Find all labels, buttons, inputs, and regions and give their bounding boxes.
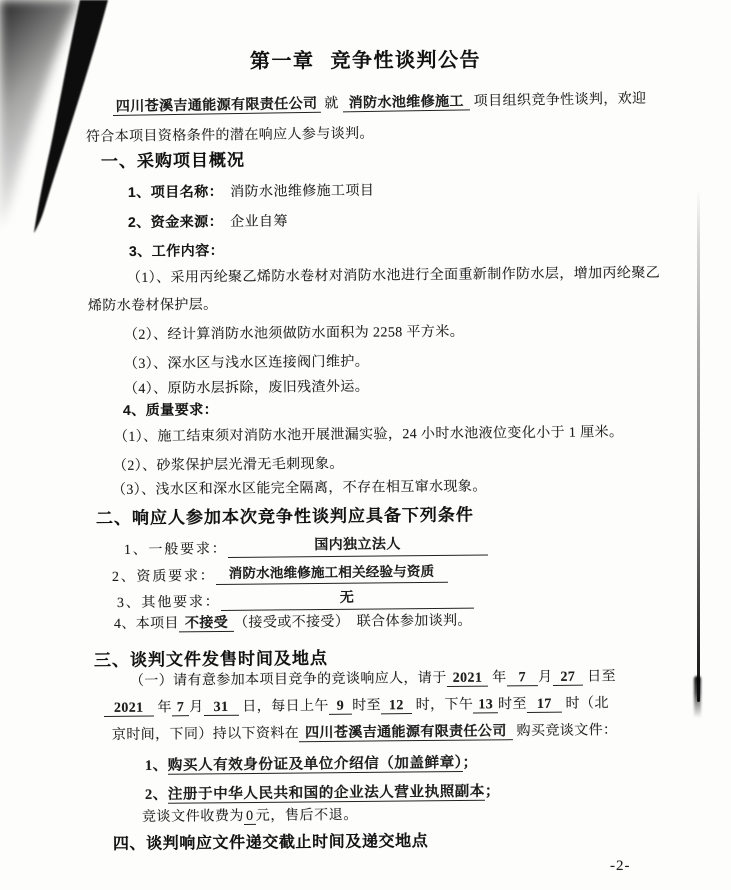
requirement-1-label: 1、一般要求： <box>124 542 228 558</box>
quality-label: 4、质量要求： <box>123 401 218 418</box>
text-segment: 时至 <box>352 698 381 713</box>
section-4-heading: 四、谈判响应文件递交截止时间及递交地点 <box>113 828 429 854</box>
project-name-value: 消防水池维修施工项目 <box>230 184 374 200</box>
text-segment: 7 <box>172 700 190 716</box>
text-segment: 7 <box>507 670 539 686</box>
text-segment: 9 <box>329 699 353 715</box>
text-segment: 17 <box>527 697 562 713</box>
text-segment: 元，售后不退。 <box>256 808 358 824</box>
fund-source-item: 2、资金来源：企业自筹 <box>128 210 288 232</box>
requirement-1-value: 国内独立法人 <box>314 537 401 553</box>
text-segment: 月 <box>189 700 204 715</box>
text-segment: 购买竞谈文件： <box>513 723 618 739</box>
work-item-2: （2）、经计算消防水池须做防水面积为 2258 平方米。 <box>124 321 464 344</box>
section-2-heading: 二、响应人参加本次竞争性谈判应具备下列条件 <box>96 500 474 529</box>
requirement-3-label: 3、其他要求： <box>117 595 221 611</box>
text-segment: 2021 <box>104 701 154 717</box>
text-segment: （接受或不接受） 联合体参加谈判。 <box>234 614 472 631</box>
text-segment: 年 <box>153 700 171 715</box>
text-segment: 0 <box>244 809 256 825</box>
text-segment: 13 <box>473 697 498 713</box>
quality-item-2: （2）、砂浆保护层光滑无毛刺现象。 <box>113 453 344 475</box>
sale-time-line-3: 京时间，下同）持以下资料在四川苍溪吉通能源有限责任公司 购买竞谈文件： <box>112 719 618 744</box>
text-segment: 年 <box>488 670 506 685</box>
project-name-item: 1、项目名称：消防水池维修施工项目 <box>128 180 374 202</box>
work-item-3: （3）、深水区与浅水区连接阀门维护。 <box>124 351 369 373</box>
text-segment: 消防水池维修施工 <box>343 94 470 112</box>
requirement-4: 4、本项目不接受（接受或不接受） 联合体参加谈判。 <box>114 610 472 633</box>
text-segment: 不接受 <box>179 616 234 633</box>
requirement-3-blank: 无 <box>220 588 473 611</box>
section-1-heading: 一、采购项目概况 <box>101 146 245 172</box>
text-segment: 27 <box>552 670 583 686</box>
text-segment: 时至 <box>498 697 527 712</box>
text-segment: ； <box>485 784 500 800</box>
required-doc-2: 2、注册于中华人民共和国的企业法人营业执照副本； <box>145 780 500 804</box>
fee-line: 竞谈文件收费为0元，售后不退。 <box>142 804 358 826</box>
quality-item: 4、质量要求： <box>123 399 218 420</box>
quality-item-3: （3）、浅水区和深水区能完全隔离，不存在相互窜水现象。 <box>112 475 487 499</box>
work-item-4: （4）、原防水层拆除，废旧残渣外运。 <box>124 376 369 398</box>
requirement-3: 3、其他要求：无 <box>117 588 474 612</box>
text-segment: 竞谈文件收费为 <box>142 809 244 825</box>
text-segment: 四川苍溪吉通能源有限责任公司 <box>299 724 513 742</box>
requirement-1: 1、一般要求：国内独立法人 <box>124 535 488 559</box>
intro-line-1: 四川苍溪吉通能源有限责任公司 就 消防水池维修施工 项目组织竞争性谈判，欢迎 <box>113 88 647 116</box>
page-number: -2- <box>610 858 631 875</box>
text-segment: 时，下午 <box>412 697 474 713</box>
work-content-label: 3、工作内容： <box>129 242 224 259</box>
sale-time-line-1: （一）请有意参加本项目竞争的竞谈响应人，请于2021 年7月27 日至 <box>130 665 616 690</box>
text-segment: （一）请有意参加本项目竞争的竞谈响应人，请于 <box>130 671 447 689</box>
quality-item-1: （1）、施工结束须对消防水池开展泄漏实验，24 小时水池液位变化小于 1 厘米。 <box>114 421 624 446</box>
work-content-item: 3、工作内容： <box>129 240 224 261</box>
requirement-1-blank: 国内独立法人 <box>227 535 487 558</box>
text-segment: 12 <box>381 698 412 714</box>
text-segment: ； <box>463 755 478 771</box>
text-segment: 京时间，下同）持以下资料在 <box>112 726 299 743</box>
text-segment: 31 <box>204 700 239 716</box>
text-segment: 就 <box>320 96 342 111</box>
chapter-title: 第一章竞争性谈判公告 <box>0 42 731 75</box>
chapter-number: 第一章 <box>250 50 315 72</box>
sale-time-line-2: 2021 年7月31 日，每日上午9时至12 时，下午13时至17 时（北 <box>104 692 609 717</box>
requirement-2: 2、资质要求：消防水池维修施工相关经验与资质 <box>112 562 448 586</box>
text-segment: 四川苍溪吉通能源有限责任公司 <box>113 97 321 116</box>
text-segment: 购买人有效身份证及单位介绍信（加盖鲜章） <box>168 755 463 775</box>
chapter-name: 竞争性谈判公告 <box>330 49 481 72</box>
text-segment: 日至 <box>583 669 616 684</box>
requirement-3-value: 无 <box>340 591 355 606</box>
text-segment: 4、本项目 <box>114 616 179 632</box>
text-segment: 日，每日上午 <box>238 699 328 715</box>
text-segment: 项目组织竞争性谈判，欢迎 <box>470 92 647 110</box>
text-segment: 月 <box>538 670 553 685</box>
requirement-2-blank: 消防水池维修施工相关经验与资质 <box>215 562 447 585</box>
document-page: 第一章竞争性谈判公告 四川苍溪吉通能源有限责任公司 就 消防水池维修施工 项目组… <box>0 0 731 890</box>
text-segment: 时（北 <box>562 696 609 711</box>
fund-source-label: 2、资金来源： <box>128 213 223 230</box>
section-3-heading: 三、谈判文件发售时间及地点 <box>94 644 328 671</box>
project-name-label: 1、项目名称： <box>128 183 223 200</box>
intro-line-2: 符合本项目资格条件的潜在响应人参与谈判。 <box>86 122 374 146</box>
text-segment: 2021 <box>447 671 489 687</box>
text-segment: 1、 <box>145 758 168 774</box>
requirement-2-label: 2、资质要求： <box>112 569 216 585</box>
text-segment: 注册于中华人民共和国的企业法人营业执照副本 <box>168 784 485 804</box>
work-item-1-line-1: （1）、采用丙纶聚乙烯防水卷材对消防水池进行全面重新制作防水层，增加丙纶聚乙 <box>127 262 660 287</box>
scan-edge-line <box>697 190 700 702</box>
scan-edge-blob <box>694 676 701 718</box>
required-doc-1: 1、购买人有效身份证及单位介绍信（加盖鲜章）； <box>145 751 478 775</box>
text-segment: 2、 <box>145 787 168 803</box>
fund-source-value: 企业自筹 <box>230 214 288 230</box>
requirement-2-value: 消防水池维修施工相关经验与资质 <box>229 564 435 581</box>
work-item-1-line-2: 烯防水卷材保护层。 <box>88 294 218 315</box>
